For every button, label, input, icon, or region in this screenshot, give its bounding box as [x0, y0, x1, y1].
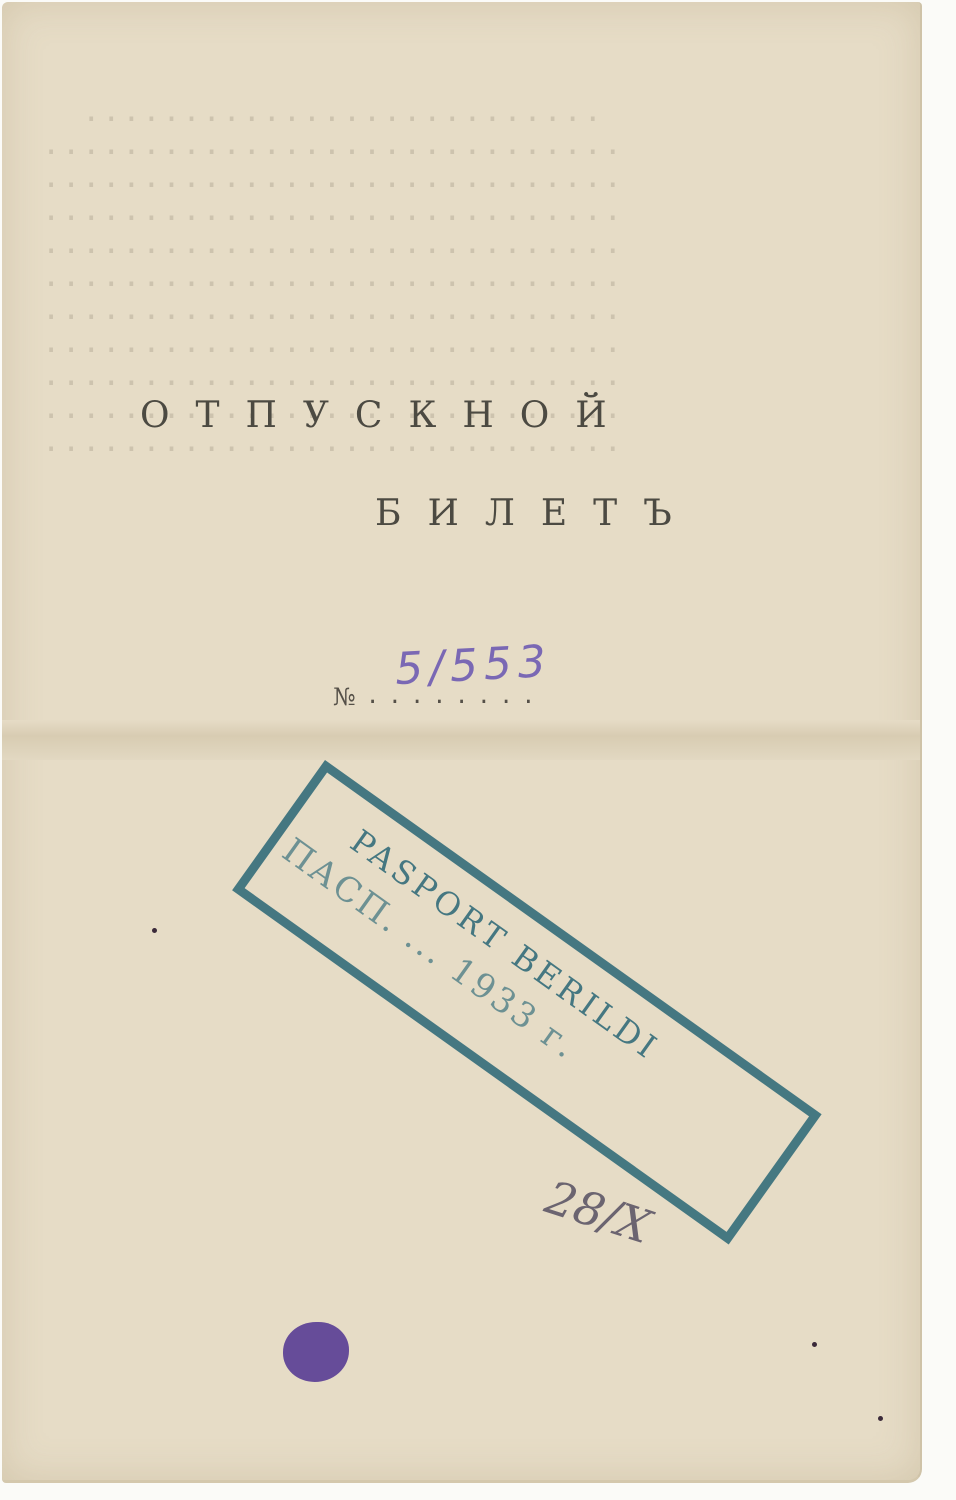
page-fold — [2, 720, 920, 760]
title-line-2: БИЛЕТЪ — [375, 493, 698, 534]
number-label: № — [333, 683, 356, 711]
paper-speck — [878, 1416, 883, 1421]
paper-speck — [152, 928, 157, 933]
title-line-1: ОТПУСКНОЙ — [140, 395, 633, 436]
handwritten-number: 5/553 — [394, 636, 553, 695]
paper-speck — [812, 1342, 817, 1347]
